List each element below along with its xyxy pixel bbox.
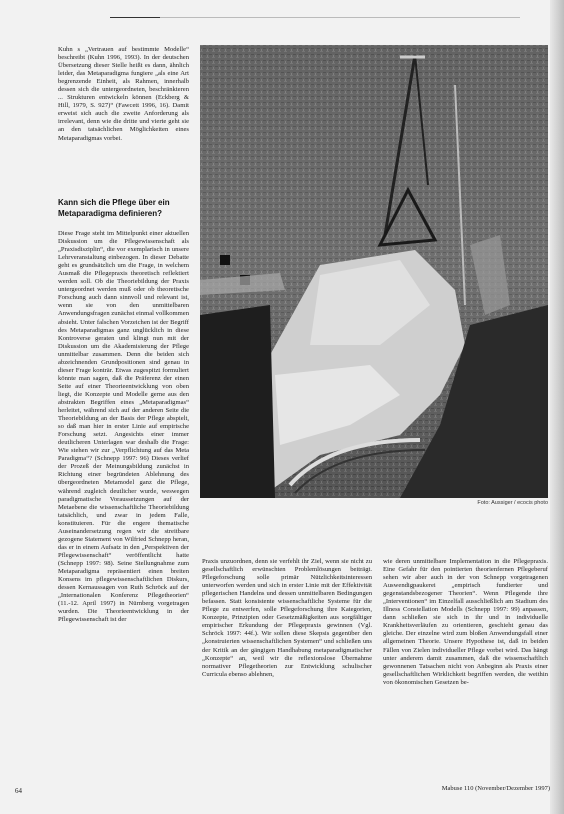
intro-paragraph: Kuhn s „Vertrauen auf bestimmte Modelle“… — [58, 46, 189, 143]
middle-column: Praxis unzuordnen, denn sie verfehlt ihr… — [202, 558, 372, 778]
page-number: 64 — [15, 787, 22, 795]
hospital-bed-photo — [200, 45, 548, 498]
page-edge-shadow — [550, 0, 564, 814]
left-column-text: Diese Frage steht im Mittelpunkt einer a… — [58, 230, 189, 624]
right-column: wie deren unmittelbare Implementation in… — [383, 558, 548, 778]
photo-credit: Foto: Aussiger / ecocis photo — [440, 500, 548, 506]
middle-column-text: Praxis unzuordnen, denn sie verfehlt ihr… — [202, 558, 372, 679]
section-heading: Kann sich die Pflege über ein Metaparadi… — [58, 198, 198, 219]
intro-text: Kuhn s „Vertrauen auf bestimmte Modelle“… — [58, 46, 189, 143]
photo-illustration — [200, 45, 548, 498]
right-column-text: wie deren unmittelbare Implementation in… — [383, 558, 548, 687]
left-column: Diese Frage steht im Mittelpunkt einer a… — [58, 230, 189, 775]
journal-footer: Mabuse 110 (November/Dezember 1997) — [385, 785, 550, 792]
header-rule-faint — [160, 17, 520, 18]
